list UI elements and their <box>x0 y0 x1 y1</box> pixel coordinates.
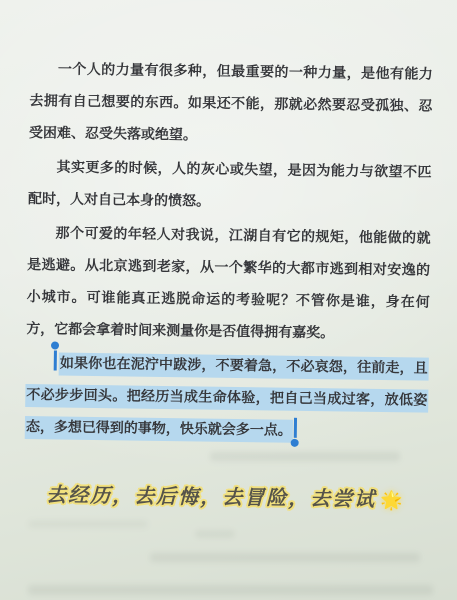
page-bleedthrough-smudge <box>28 585 433 595</box>
paragraph-1: 一个人的力量有很多种，但最重要的一种力量，是他有能力去拥有自己想要的东西。如果还… <box>29 54 433 156</box>
selection-handle-start[interactable] <box>54 350 57 370</box>
page-bleedthrough-smudge <box>195 530 235 538</box>
highlighted-text[interactable]: 如果你也在泥泞中跋涉，不要着急，不必哀怨，往前走，且不必步步回头。把经历当成生命… <box>25 353 429 443</box>
caption: 去经历，去后悔，去冒险，去尝试🌟 <box>24 478 427 513</box>
selection-handle-start-stem <box>54 350 57 370</box>
selection-handle-end-dot <box>291 439 299 447</box>
selection-handle-end[interactable] <box>294 418 297 438</box>
sparkle-emoji-icon: 🌟 <box>380 490 405 510</box>
paragraph-3: 那个可爱的年轻人对我说，江湖自有它的规矩，他能做的就是逃避。从北京逃到老家，从一… <box>26 218 431 352</box>
selection-handle-end-stem <box>294 418 297 438</box>
page-text-block: 一个人的力量有很多种，但最重要的一种力量，是他有能力去拥有自己想要的东西。如果还… <box>0 0 457 513</box>
caption-text: 去经历，去后悔，去冒险，去尝试 <box>46 484 376 511</box>
selection-handle-start-dot <box>51 341 59 349</box>
paragraph-2: 其实更多的时候，人的灰心或失望，是因为能力与欲望不匹配时，人对自己本身的愤怒。 <box>28 152 432 222</box>
page-bleedthrough-smudge <box>150 553 420 562</box>
highlighted-paragraph: 如果你也在泥泞中跋涉，不要着急，不必哀怨，往前走，且不必步步回头。把经历当成生命… <box>25 348 429 450</box>
page-bleedthrough-smudge <box>28 520 148 528</box>
book-page-photo: 一个人的力量有很多种，但最重要的一种力量，是他有能力去拥有自己想要的东西。如果还… <box>0 0 457 600</box>
